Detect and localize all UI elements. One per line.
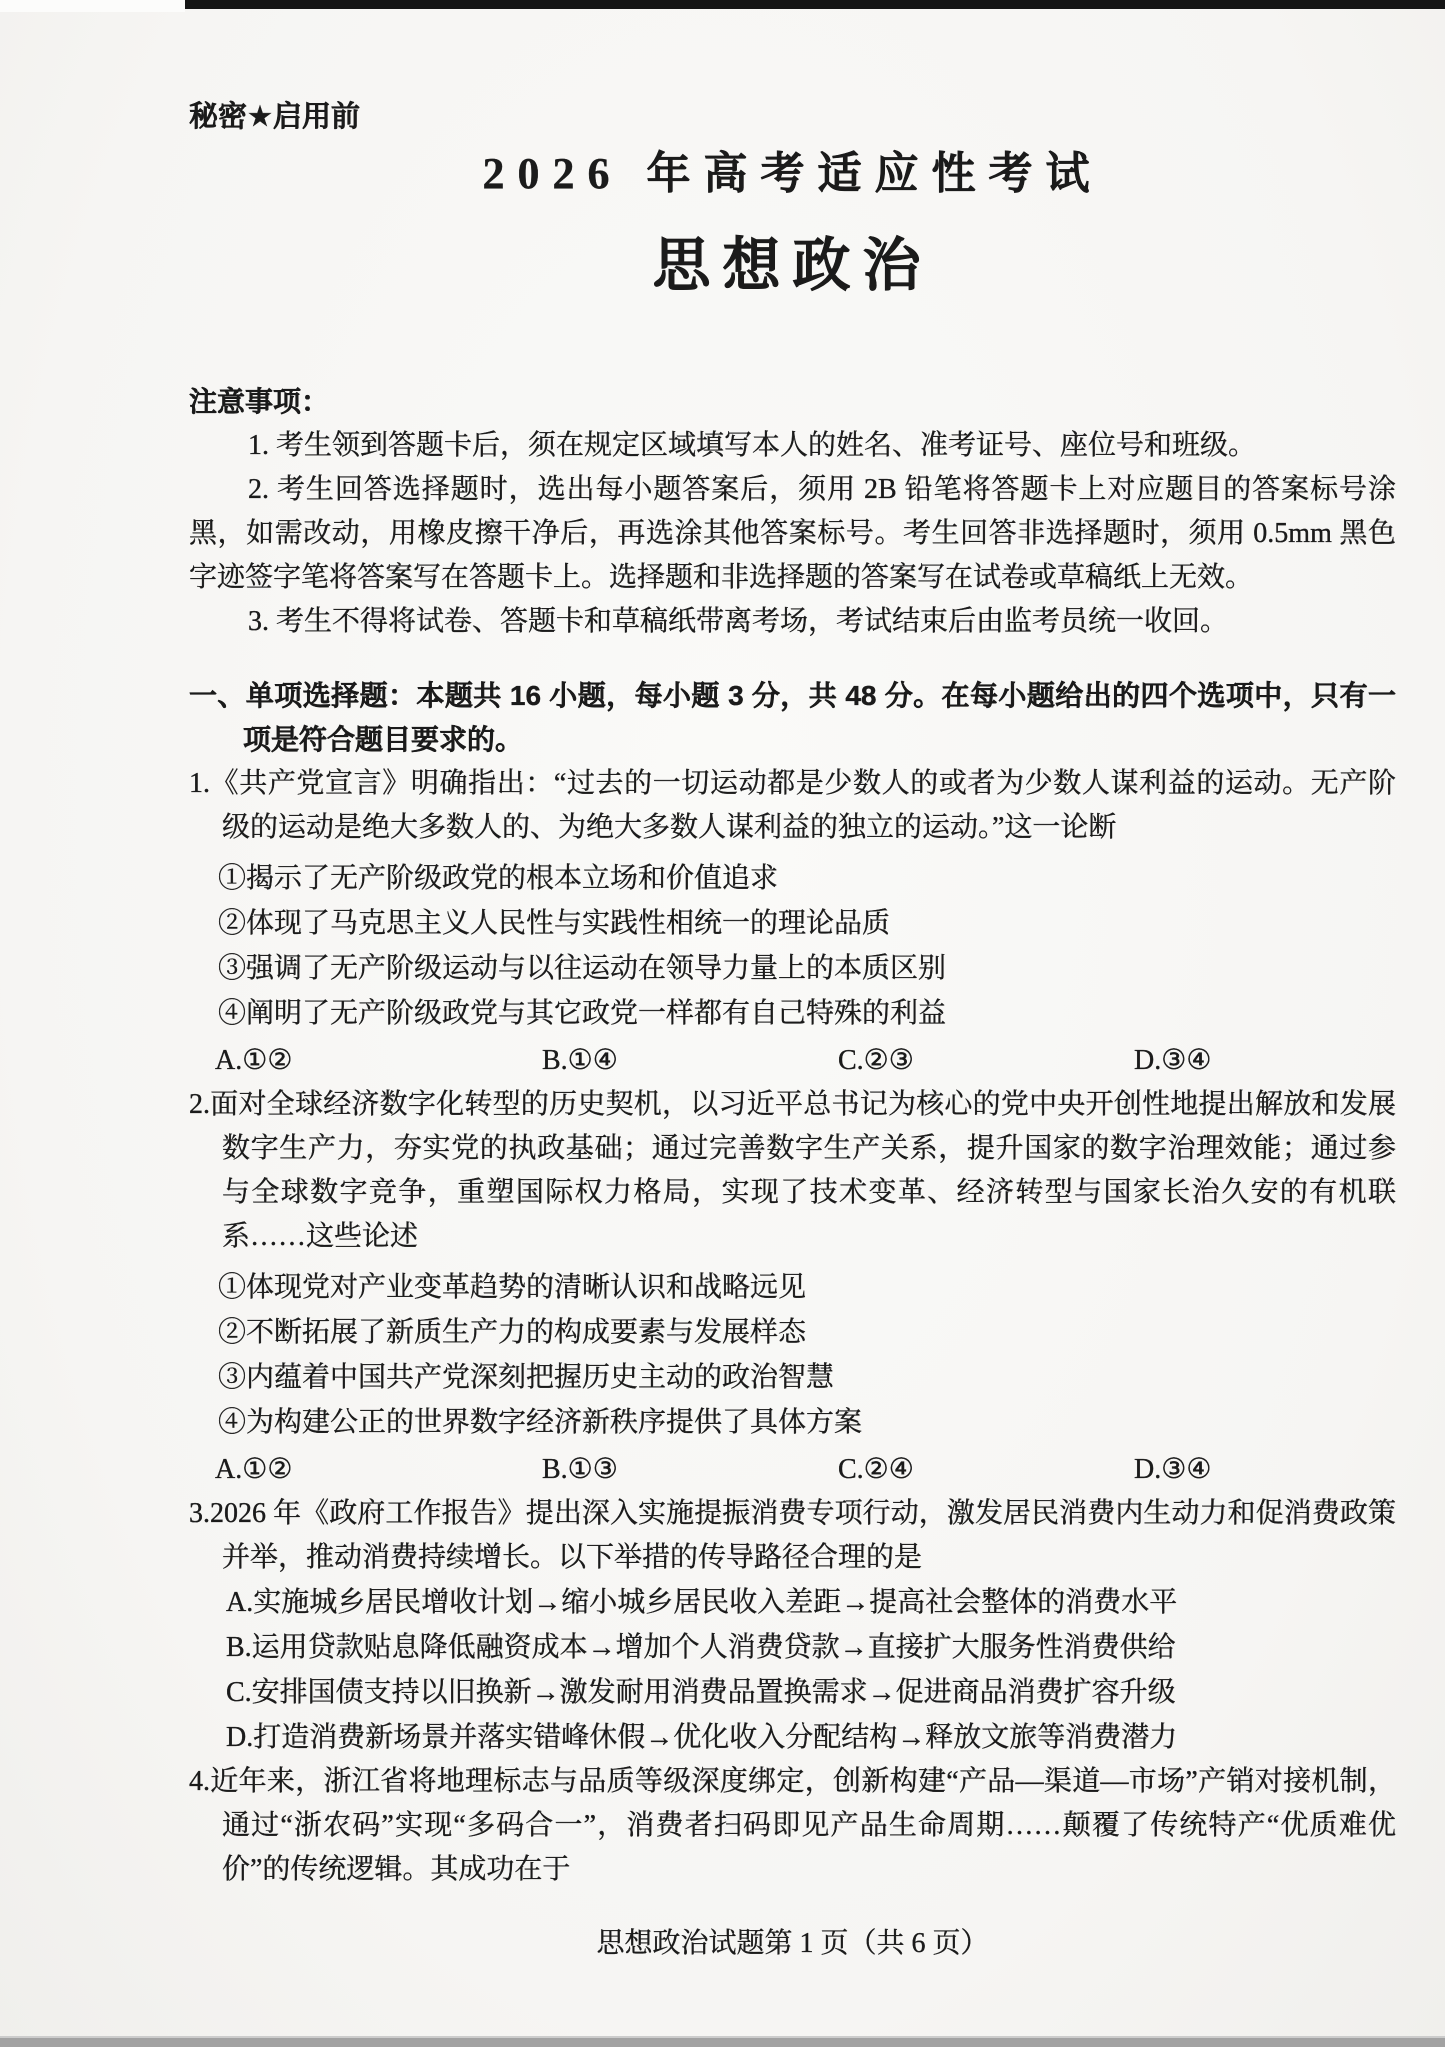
exam-title: 2026 年高考适应性考试 [189, 148, 1396, 200]
notice-item-1: 1. 考生领到答题卡后，须在规定区域填写本人的姓名、准考证号、座位号和班级。 [189, 424, 1396, 468]
question-1-stem: 1.《共产党宣言》明确指出：“过去的一切运动都是少数人的或者为少数人谋利益的运动… [189, 762, 1396, 850]
question-1: 1.《共产党宣言》明确指出：“过去的一切运动都是少数人的或者为少数人谋利益的运动… [189, 762, 1396, 1083]
question-4: 4.近年来，浙江省将地理标志与品质等级深度绑定，创新构建“产品—渠道—市场”产销… [189, 1760, 1396, 1892]
scan-bottom-edge [0, 2036, 1445, 2047]
question-2-stem: 2.面对全球经济数字化转型的历史契机，以习近平总书记为核心的党中央开创性地提出解… [189, 1083, 1396, 1259]
statement-3: ③内蕴着中国共产党深刻把握历史主动的政治智慧 [218, 1355, 1396, 1400]
classification-label: 秘密★启用前 [189, 98, 1396, 136]
option-b: B.运用贷款贴息降低融资成本→增加个人消费贷款→直接扩大服务性消费供给 [226, 1625, 1396, 1670]
option-c: C.安排国债支持以旧换新→激发耐用消费品置换需求→促进商品消费扩容升级 [226, 1670, 1396, 1715]
statement-4: ④为构建公正的世界数字经济新秩序提供了具体方案 [218, 1400, 1396, 1445]
option-c: C.②③ [838, 1039, 1134, 1083]
statement-4: ④阐明了无产阶级政党与其它政党一样都有自己特殊的利益 [218, 991, 1396, 1036]
option-d: D.③④ [1134, 1039, 1396, 1083]
section-one-heading: 一、单项选择题：本题共 16 小题，每小题 3 分，共 48 分。在每小题给出的… [189, 674, 1396, 762]
page-footer: 思想政治试题第 1 页（共 6 页） [189, 1922, 1396, 1966]
question-2-options: A.①② B.①③ C.②④ D.③④ [215, 1448, 1396, 1492]
notice-item-2: 2. 考生回答选择题时，选出每小题答案后，须用 2B 铅笔将答题卡上对应题目的答… [189, 468, 1396, 600]
exam-paper-page: 秘密★启用前 2026 年高考适应性考试 思想政治 注意事项： 1. 考生领到答… [0, 0, 1445, 2047]
question-2: 2.面对全球经济数字化转型的历史契机，以习近平总书记为核心的党中央开创性地提出解… [189, 1083, 1396, 1492]
question-1-statements: ①揭示了无产阶级政党的根本立场和价值追求 ②体现了马克思主义人民性与实践性相统一… [218, 856, 1396, 1036]
option-a: A.①② [215, 1039, 542, 1083]
question-3-stem: 3.2026 年《政府工作报告》提出深入实施提振消费专项行动，激发居民消费内生动… [189, 1492, 1396, 1580]
question-3: 3.2026 年《政府工作报告》提出深入实施提振消费专项行动，激发居民消费内生动… [189, 1492, 1396, 1760]
question-2-statements: ①体现党对产业变革趋势的清晰认识和战略远见 ②不断拓展了新质生产力的构成要素与发… [218, 1265, 1396, 1445]
notices-heading: 注意事项： [189, 380, 1396, 424]
statement-2: ②体现了马克思主义人民性与实践性相统一的理论品质 [218, 901, 1396, 946]
notice-item-3: 3. 考生不得将试卷、答题卡和草稿纸带离考场，考试结束后由监考员统一收回。 [189, 600, 1396, 644]
statement-2: ②不断拓展了新质生产力的构成要素与发展样态 [218, 1310, 1396, 1355]
option-d: D.③④ [1134, 1448, 1396, 1492]
option-d: D.打造消费新场景并落实错峰休假→优化收入分配结构→释放文旅等消费潜力 [226, 1715, 1396, 1760]
statement-1: ①揭示了无产阶级政党的根本立场和价值追求 [218, 856, 1396, 901]
subject-title: 思想政治 [189, 232, 1396, 300]
option-a: A.①② [215, 1448, 542, 1492]
question-4-stem: 4.近年来，浙江省将地理标志与品质等级深度绑定，创新构建“产品—渠道—市场”产销… [189, 1760, 1396, 1892]
page-content: 秘密★启用前 2026 年高考适应性考试 思想政治 注意事项： 1. 考生领到答… [189, 0, 1396, 1966]
scan-top-corner-highlight [0, 0, 185, 12]
option-b: B.①③ [542, 1448, 838, 1492]
option-a: A.实施城乡居民增收计划→缩小城乡居民收入差距→提高社会整体的消费水平 [226, 1580, 1396, 1625]
question-3-options: A.实施城乡居民增收计划→缩小城乡居民收入差距→提高社会整体的消费水平 B.运用… [226, 1580, 1396, 1760]
option-c: C.②④ [838, 1448, 1134, 1492]
notices-section: 注意事项： 1. 考生领到答题卡后，须在规定区域填写本人的姓名、准考证号、座位号… [189, 380, 1396, 644]
option-b: B.①④ [542, 1039, 838, 1083]
statement-3: ③强调了无产阶级运动与以往运动在领导力量上的本质区别 [218, 946, 1396, 991]
question-1-options: A.①② B.①④ C.②③ D.③④ [215, 1039, 1396, 1083]
statement-1: ①体现党对产业变革趋势的清晰认识和战略远见 [218, 1265, 1396, 1310]
